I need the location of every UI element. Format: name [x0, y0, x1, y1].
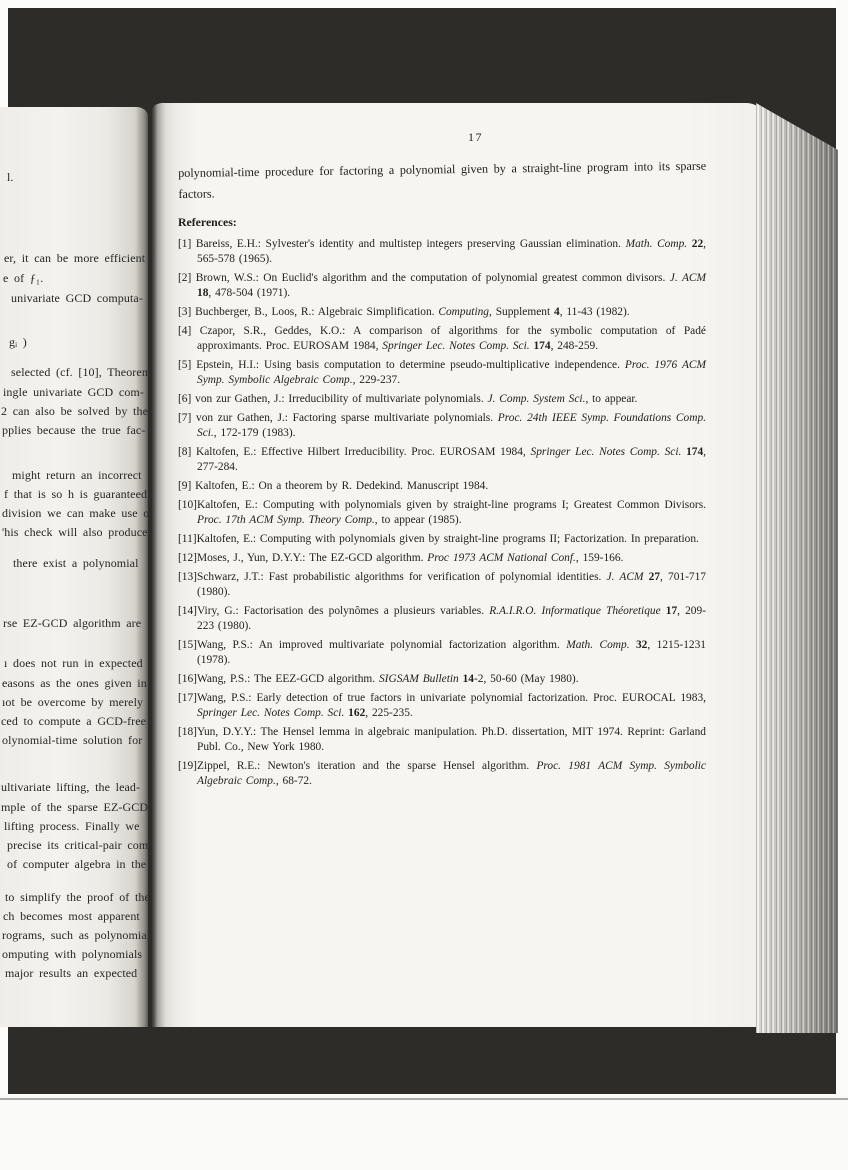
left-page-line: gᵢ ) — [9, 335, 27, 350]
reference-text-segment: Kaltofen, E.: Effective Hilbert Irreduci… — [196, 446, 531, 458]
reference-text-segment: Proc. 17th ACM Symp. Theory Comp. — [197, 514, 375, 526]
reference-text-segment: , 68-72. — [276, 775, 312, 787]
reference-item: [1] Bareiss, E.H.: Sylvester's identity … — [178, 237, 706, 267]
reference-item: [2] Brown, W.S.: On Euclid's algorithm a… — [178, 271, 706, 301]
reference-text-segment: Bareiss, E.H.: Sylvester's identity and … — [196, 238, 626, 250]
reference-text-segment: , 478-504 (1971). — [208, 287, 290, 299]
left-page-line: might return an incorrect — [12, 468, 142, 483]
reference-item: [5] Epstein, H.I.: Using basis computati… — [178, 358, 706, 388]
left-page-line: selected (cf. [10], Theorem — [11, 365, 148, 380]
reference-number: [17] — [178, 692, 197, 704]
reference-number: [7] — [178, 412, 196, 424]
reference-text-segment: , to appear. — [585, 393, 637, 405]
left-page-line: l. — [7, 170, 14, 185]
reference-number: [16] — [178, 673, 197, 685]
reference-text-segment: Springer Lec. Notes Comp. Sci. — [197, 707, 348, 719]
reference-text-segment: von zur Gathen, J.: Factoring sparse mul… — [196, 412, 498, 424]
reference-number: [12] — [178, 552, 197, 564]
left-page-line: of computer algebra in the — [7, 857, 146, 872]
reference-text-segment: Proc 1973 ACM National Conf. — [427, 552, 576, 564]
reference-item: [11]Kaltofen, E.: Computing with polynom… — [178, 532, 706, 547]
left-page-line: easons as the ones given in — [2, 676, 147, 691]
left-page-line: univariate GCD computa- — [11, 291, 143, 306]
book-page-edges — [756, 100, 838, 1033]
reference-item: [4] Czapor, S.R., Geddes, K.O.: A compar… — [178, 324, 706, 354]
reference-text-segment: Wang, P.S.: The EEZ-GCD algorithm. — [197, 673, 379, 685]
reference-text-segment: Math. Comp. — [626, 238, 692, 250]
page-content: polynomial-time procedure for factoring … — [178, 163, 706, 793]
reference-item: [16]Wang, P.S.: The EEZ-GCD algorithm. S… — [178, 672, 706, 687]
left-page-line: 2 can also be solved by the — [1, 404, 148, 419]
left-page-line: ch becomes most apparent — [3, 909, 140, 924]
reference-number: [11] — [178, 533, 197, 545]
right-page: 17 polynomial-time procedure for factori… — [152, 103, 760, 1027]
reference-text-segment: Computing — [438, 306, 489, 318]
left-page-line: omputing with polynomials — [2, 947, 142, 962]
reference-number: [1] — [178, 238, 196, 250]
reference-text-segment: Kaltofen, E.: On a theorem by R. Dedekin… — [195, 480, 488, 492]
reference-text-segment: , 229-237. — [353, 374, 401, 386]
left-page-line: division we can make use of — [2, 506, 148, 521]
left-page-line: ultivariate lifting, the lead- — [1, 780, 140, 795]
reference-text-segment: Kaltofen, E.: Computing with polynomials… — [197, 499, 706, 511]
left-page-line: ced to compute a GCD-free — [1, 714, 146, 729]
left-page-line: rograms, such as polynomial — [2, 928, 148, 943]
left-page-line: olynomial-time solution for — [2, 733, 142, 748]
left-page-line: er, it can be more efficient — [4, 251, 145, 266]
reference-item: [15]Wang, P.S.: An improved multivariate… — [178, 638, 706, 668]
reference-text-segment: Zippel, R.E.: Newton's iteration and the… — [197, 760, 536, 772]
reference-text-segment: , Supplement — [489, 306, 554, 318]
reference-item: [18]Yun, D.Y.Y.: The Hensel lemma in alg… — [178, 725, 706, 755]
page-number: 17 — [468, 130, 483, 145]
reference-text-segment: 27 — [649, 571, 660, 583]
reference-item: [9] Kaltofen, E.: On a theorem by R. Ded… — [178, 479, 706, 494]
reference-number: [9] — [178, 480, 195, 492]
reference-text-segment: Springer Lec. Notes Comp. Sci. — [382, 340, 533, 352]
left-page-partial: l.er, it can be more efficiente of ƒ₁.un… — [0, 107, 148, 1027]
left-page-line: ıot be overcome by merely — [2, 695, 143, 710]
reference-text-segment: Viry, G.: Factorisation des polynômes a … — [197, 605, 489, 617]
reference-text-segment: 22 — [692, 238, 703, 250]
reference-text-segment: J. ACM — [607, 571, 649, 583]
reference-number: [5] — [178, 359, 196, 371]
reference-text-segment: 14 — [463, 673, 474, 685]
reference-number: [4] — [178, 325, 200, 337]
reference-text-segment: , 248-259. — [551, 340, 599, 352]
book-gutter-shadow — [136, 104, 166, 1027]
reference-text-segment: 162 — [348, 707, 365, 719]
left-page-line: mple of the sparse EZ-GCD — [1, 800, 148, 815]
reference-text-segment: J. ACM — [670, 272, 706, 284]
left-page-line: precise its critical-pair com- — [7, 838, 148, 853]
reference-text-segment: 174 — [686, 446, 703, 458]
reference-number: [19] — [178, 760, 197, 772]
references-list: [1] Bareiss, E.H.: Sylvester's identity … — [178, 237, 706, 789]
reference-text-segment: , 159-166. — [576, 552, 624, 564]
reference-text-segment: von zur Gathen, J.: Irreducibility of mu… — [195, 393, 487, 405]
reference-item: [19]Zippel, R.E.: Newton's iteration and… — [178, 759, 706, 789]
reference-item: [12]Moses, J., Yun, D.Y.Y.: The EZ-GCD a… — [178, 551, 706, 566]
reference-text-segment: SIGSAM Bulletin — [379, 673, 463, 685]
left-page-line: rse EZ-GCD algorithm are — [3, 616, 141, 631]
left-page-line: pplies because the true fac- — [2, 423, 145, 438]
reference-text-segment: 17 — [666, 605, 677, 617]
left-page-line: there exist a polynomial — [13, 556, 139, 571]
reference-text-segment: 32 — [636, 639, 647, 651]
reference-item: [17]Wang, P.S.: Early detection of true … — [178, 691, 706, 721]
reference-text-segment: Wang, P.S.: An improved multivariate pol… — [197, 639, 566, 651]
reference-text-segment: 174 — [533, 340, 550, 352]
left-page-line: lifting process. Finally we — [4, 819, 140, 834]
reference-text-segment: J. Comp. System Sci. — [488, 393, 586, 405]
reference-number: [10] — [178, 499, 197, 511]
left-page-line: f that is so h is guaranteed — [4, 487, 147, 502]
left-page-line: to simplify the proof of the — [5, 890, 148, 905]
reference-text-segment: Kaltofen, E.: Computing with polynomials… — [197, 533, 699, 545]
reference-text-segment: Springer Lec. Notes Comp. Sci. — [531, 446, 687, 458]
reference-item: [13]Schwarz, J.T.: Fast probabilistic al… — [178, 570, 706, 600]
left-page-line: 'his check will also produce — [2, 525, 148, 540]
reference-text-segment: , 225-235. — [365, 707, 413, 719]
reference-text-segment: Buchberger, B., Loos, R.: Algebraic Simp… — [195, 306, 438, 318]
reference-item: [8] Kaltofen, E.: Effective Hilbert Irre… — [178, 445, 706, 475]
reference-item: [14]Viry, G.: Factorisation des polynôme… — [178, 604, 706, 634]
reference-item: [3] Buchberger, B., Loos, R.: Algebraic … — [178, 305, 706, 320]
reference-item: [10]Kaltofen, E.: Computing with polynom… — [178, 498, 706, 528]
reference-number: [8] — [178, 446, 196, 458]
reference-number: [18] — [178, 726, 197, 738]
reference-text-segment: 18 — [197, 287, 208, 299]
reference-number: [14] — [178, 605, 197, 617]
left-page-line: e of ƒ₁. — [3, 271, 43, 286]
reference-text-segment: Schwarz, J.T.: Fast probabilistic algori… — [197, 571, 607, 583]
reference-text-segment: Moses, J., Yun, D.Y.Y.: The EZ-GCD algor… — [197, 552, 427, 564]
reference-number: [3] — [178, 306, 195, 318]
intro-paragraph: polynomial-time procedure for factoring … — [178, 156, 707, 205]
reference-text-segment: , 172-179 (1983). — [214, 427, 296, 439]
left-page-line: ı does not run in expected — [4, 656, 143, 671]
reference-text-segment: -2, 50-60 (May 1980). — [474, 673, 579, 685]
reference-number: [15] — [178, 639, 197, 651]
reference-item: [6] von zur Gathen, J.: Irreducibility o… — [178, 392, 706, 407]
reference-text-segment: , to appear (1985). — [375, 514, 462, 526]
reference-number: [6] — [178, 393, 195, 405]
reference-text-segment: Wang, P.S.: Early detection of true fact… — [197, 692, 706, 704]
left-page-line: major results an expected — [5, 966, 137, 981]
left-page-line: ingle univariate GCD com- — [3, 385, 144, 400]
reference-item: [7] von zur Gathen, J.: Factoring sparse… — [178, 411, 706, 441]
reference-text-segment: Brown, W.S.: On Euclid's algorithm and t… — [196, 272, 670, 284]
reference-text-segment: R.A.I.R.O. Informatique Théoretique — [489, 605, 666, 617]
references-heading: References: — [178, 215, 706, 230]
scan-bottom-margin — [0, 1094, 848, 1170]
reference-text-segment: Yun, D.Y.Y.: The Hensel lemma in algebra… — [197, 726, 706, 753]
scan-bottom-rule — [0, 1098, 848, 1100]
reference-number: [2] — [178, 272, 196, 284]
reference-number: [13] — [178, 571, 197, 583]
reference-text-segment: Epstein, H.I.: Using basis computation t… — [196, 359, 625, 371]
reference-text-segment: Math. Comp. — [566, 639, 636, 651]
reference-text-segment: , 11-43 (1982). — [560, 306, 630, 318]
book-scan: l.er, it can be more efficiente of ƒ₁.un… — [0, 0, 848, 1170]
